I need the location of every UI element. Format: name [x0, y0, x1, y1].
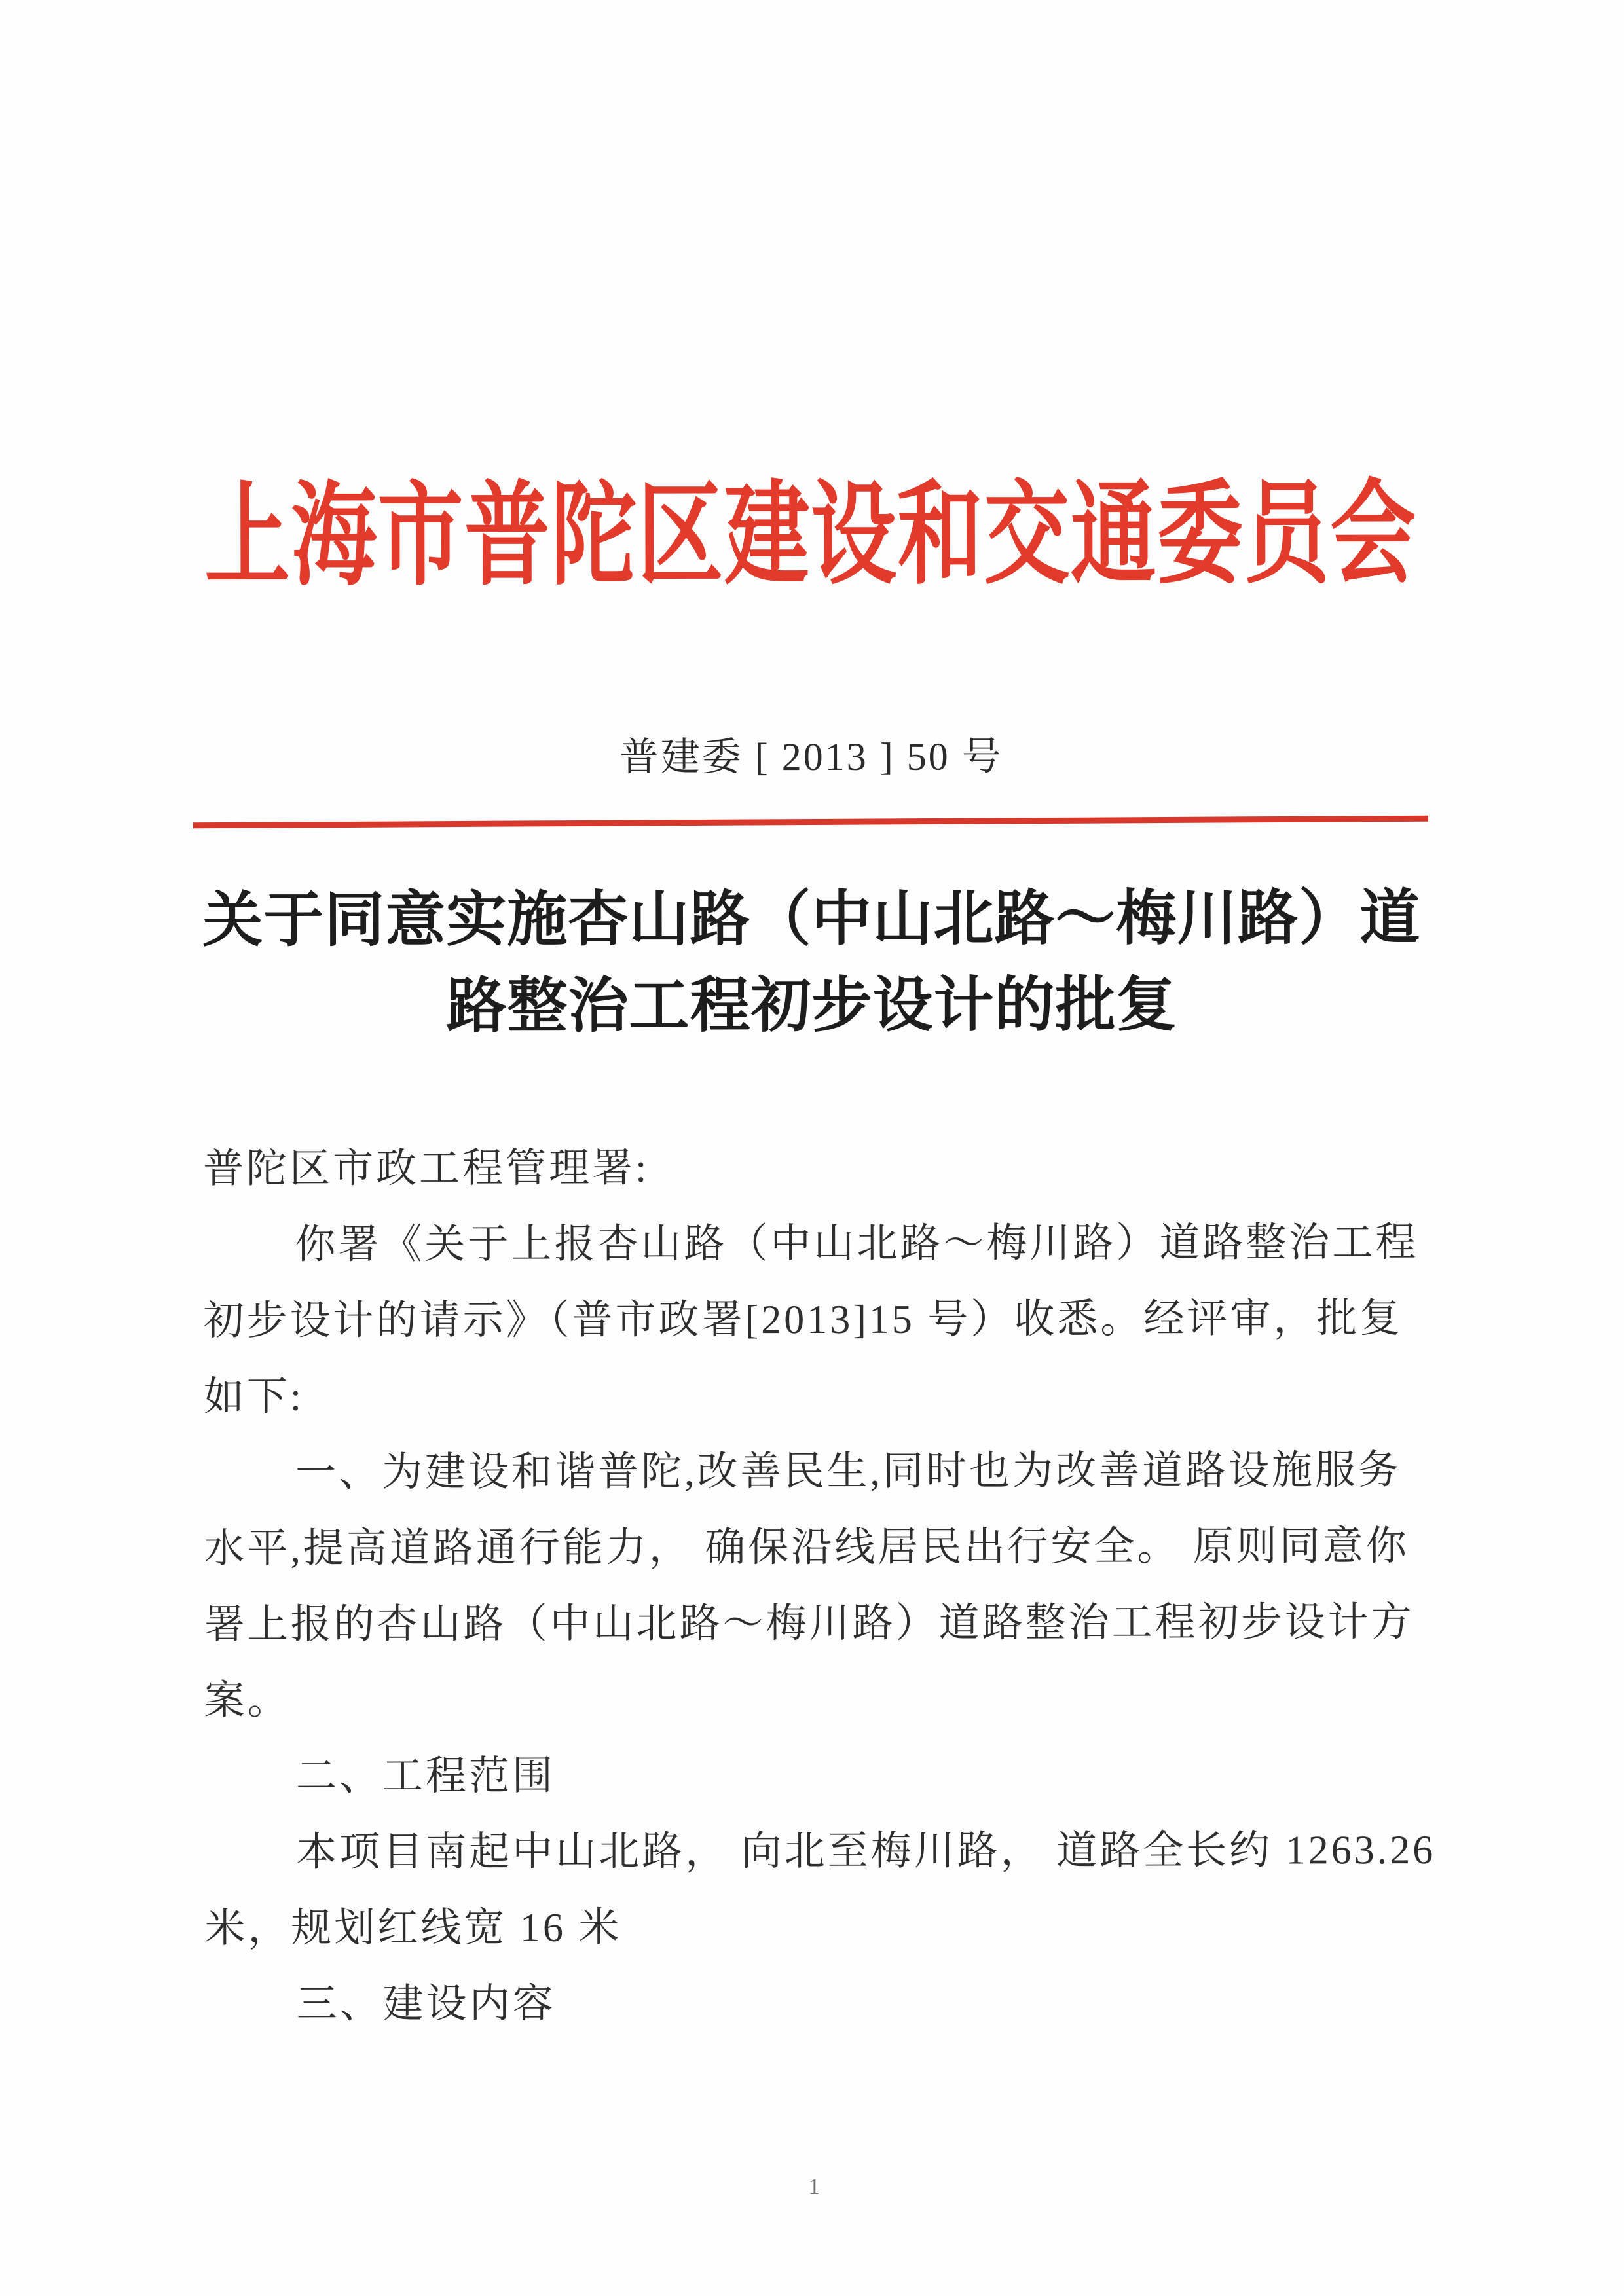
document-title: 关于同意实施杏山路（中山北路～梅川路）道 路整治工程初步设计的批复 [0, 874, 1624, 1050]
body-line: 三、建设内容 [205, 1964, 1436, 2043]
document-title-line-2: 路整治工程初步设计的批复 [0, 960, 1624, 1050]
page-number: 1 [2, 2173, 1624, 2201]
body-line: 署上报的杏山路（中山北路～梅川路）道路整治工程初步设计方 [204, 1584, 1435, 1663]
body-line: 初步设计的请示》（普市政署[2013]15 号）收悉。经评审，批复 [203, 1281, 1434, 1359]
body-line: 案。 [204, 1660, 1435, 1739]
document-number: 普建委 [ 2013 ] 50 号 [0, 723, 1623, 783]
body-text: 普陀区市政工程管理署:你署《关于上报杏山路（中山北路～梅川路）道路整治工程初步设… [203, 1129, 1436, 2043]
body-line: 普陀区市政工程管理署: [203, 1129, 1434, 1207]
body-line: 本项目南起中山北路， 向北至梅川路， 道路全长约 1263.26 [204, 1812, 1435, 1891]
document-page: 上海市普陀区建设和交通委员会 普建委 [ 2013 ] 50 号 关于同意实施杏… [0, 0, 1624, 2296]
body-line: 米，规划红线宽 16 米 [204, 1888, 1435, 1967]
body-line: 二、工程范围 [204, 1736, 1435, 1815]
document-content: 上海市普陀区建设和交通委员会 普建委 [ 2013 ] 50 号 关于同意实施杏… [0, 0, 1624, 2296]
body-line: 一、为建设和谐普陀,改善民生,同时也为改善道路设施服务 [204, 1432, 1435, 1511]
body-line: 如下: [204, 1357, 1435, 1435]
red-separator-rule [193, 816, 1428, 829]
body-line: 你署《关于上报杏山路（中山北路～梅川路）道路整治工程 [203, 1205, 1434, 1283]
body-line: 水平,提高道路通行能力， 确保沿线居民出行安全。 原则同意你 [204, 1508, 1435, 1587]
document-title-line-1: 关于同意实施杏山路（中山北路～梅川路）道 [0, 874, 1623, 964]
agency-header-title: 上海市普陀区建设和交通委员会 [193, 465, 1428, 608]
